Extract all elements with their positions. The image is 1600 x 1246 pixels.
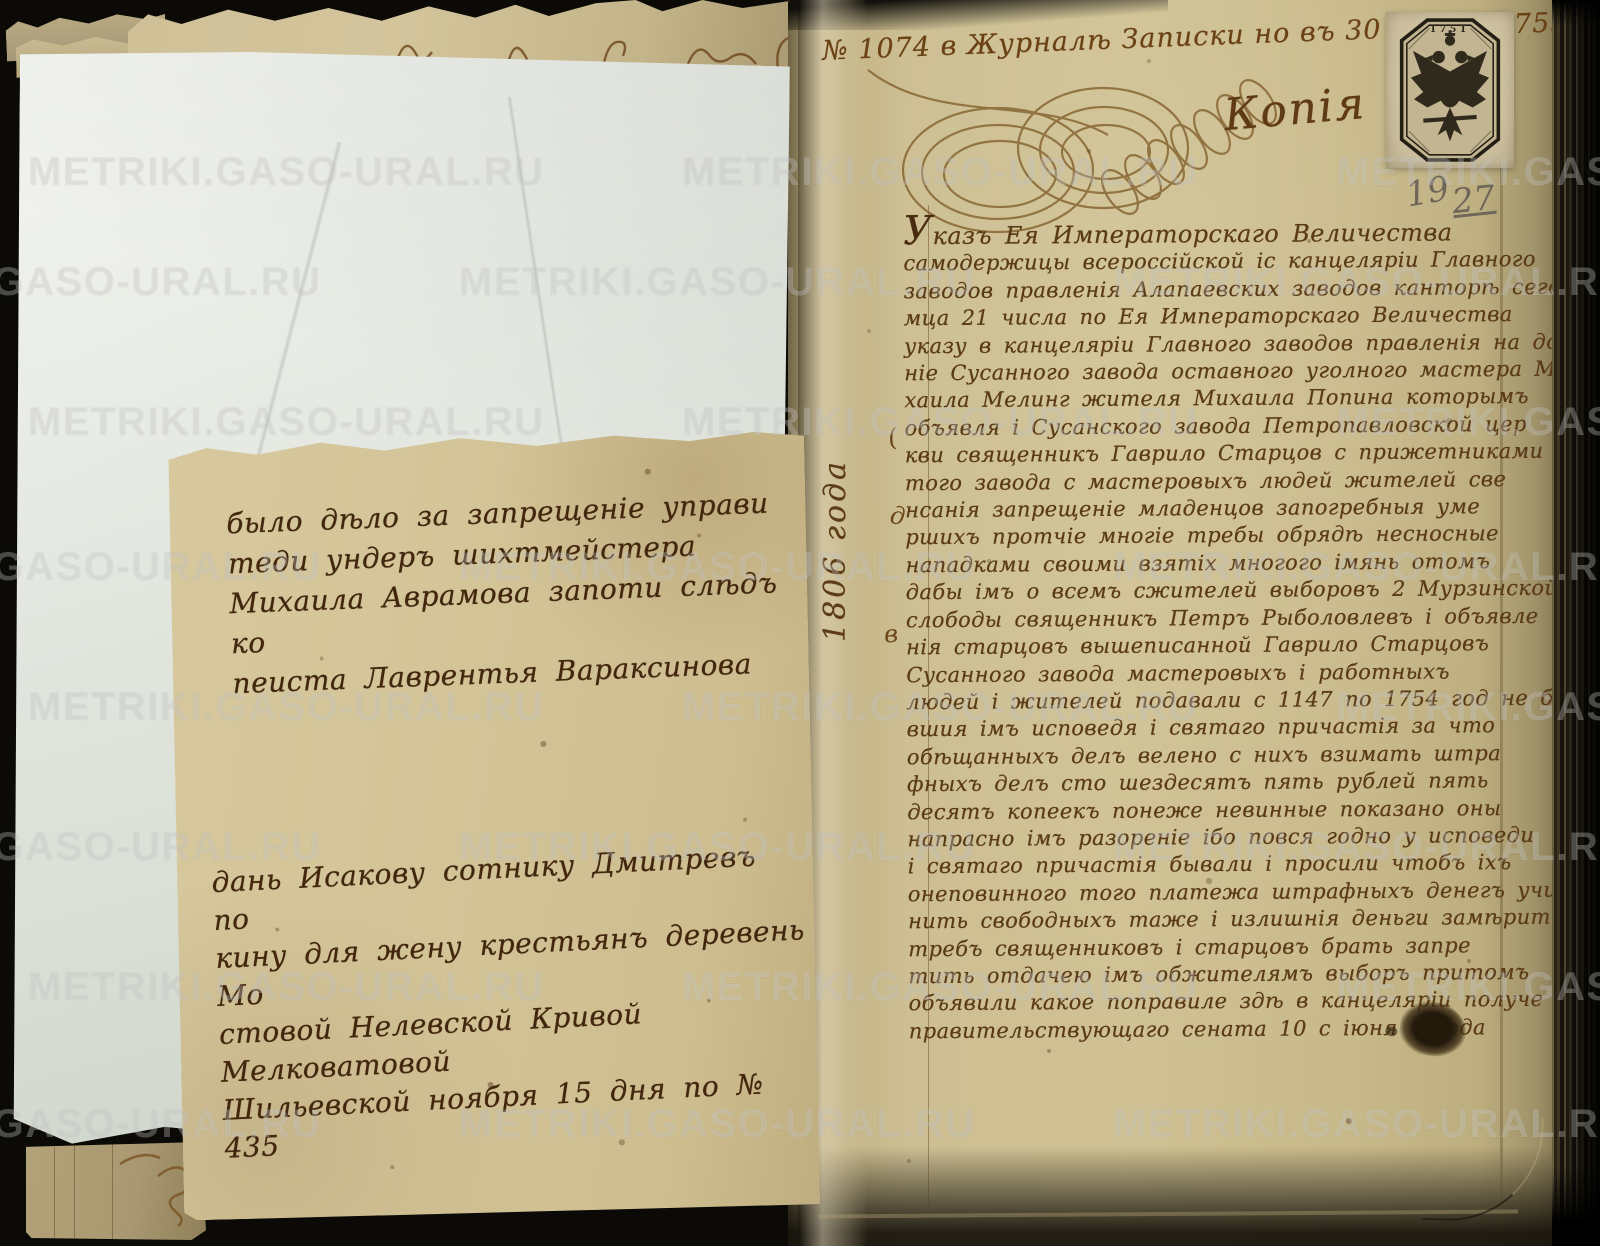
pencil-folio-number: 19 bbox=[1403, 169, 1453, 216]
margin-ink-mark: в bbox=[883, 620, 899, 649]
text-line: фныхъ делъ сто шездесятъ пять рублей пят… bbox=[907, 767, 1559, 799]
ink-speckles bbox=[788, 0, 790, 2]
paper-middle-note: было дѣло за запрещеніе управи теди унде… bbox=[168, 429, 820, 1220]
handwritten-note-upper: было дѣло за запрещеніе управи теди унде… bbox=[226, 483, 793, 704]
paper-bottom-left bbox=[26, 1142, 206, 1240]
text-line: кви священникъ Гаврило Старцов с прижетн… bbox=[905, 438, 1557, 470]
text-line: самодержицы всероссійской іс канцеляріи … bbox=[903, 246, 1555, 278]
ruled-line bbox=[112, 1142, 113, 1240]
book-page: № 1074 в Журналѣ Записки но въ 30 числѣ … bbox=[788, 0, 1560, 1246]
text-line: нія старцовъ вышеписанной Гаврило Старцо… bbox=[906, 630, 1558, 662]
book-page-edges bbox=[1552, 0, 1600, 1246]
text-line: Указъ Ея Императорскаго Величества bbox=[903, 214, 1555, 251]
ruled-line bbox=[74, 1142, 75, 1240]
archival-document-scan: было дѣло за запрещеніе управи теди унде… bbox=[0, 0, 1600, 1246]
ruled-line bbox=[54, 1142, 55, 1240]
page-corner-curl bbox=[1422, 1114, 1544, 1224]
text-line: объявили какое поправиле здѣ в канцелярі… bbox=[909, 986, 1561, 1018]
decree-text-block: Указъ Ея Императорскаго Величества самод… bbox=[903, 214, 1561, 1046]
margin-ink-mark: ( bbox=[885, 423, 900, 452]
handwritten-note-lower: дань Исакову сотнику Дмитревъ по кину дл… bbox=[211, 835, 815, 1167]
margin-ink-mark: д bbox=[889, 501, 907, 530]
text-line: мца 21 числа по Ея Императорскаго Величе… bbox=[904, 301, 1556, 333]
vertical-margin-note: 1806 года bbox=[818, 362, 853, 642]
stamp-year: 1751 bbox=[1386, 21, 1514, 36]
revenue-stamp-paper: 1751 bbox=[1386, 12, 1514, 168]
text-line: ршихъ протчіе многіе требы обрядѣ неснос… bbox=[905, 520, 1557, 552]
text-line: вшия імъ исповедя і святаго причастія за… bbox=[907, 712, 1559, 744]
text-line: і святаго причастія бывали і просили что… bbox=[908, 849, 1560, 881]
under-page-edge bbox=[818, 1210, 1518, 1219]
text-line: нить свободныхъ таже і излишнія деньги з… bbox=[908, 904, 1560, 936]
text-line: дабы імъ о всемъ сжителей выборовъ 2 Мур… bbox=[906, 575, 1558, 607]
text-line: хаила Мелинг жителя Михаила Попина котор… bbox=[904, 383, 1556, 415]
copy-label: Копія bbox=[1222, 78, 1368, 141]
imperial-eagle-stamp bbox=[1397, 18, 1503, 162]
